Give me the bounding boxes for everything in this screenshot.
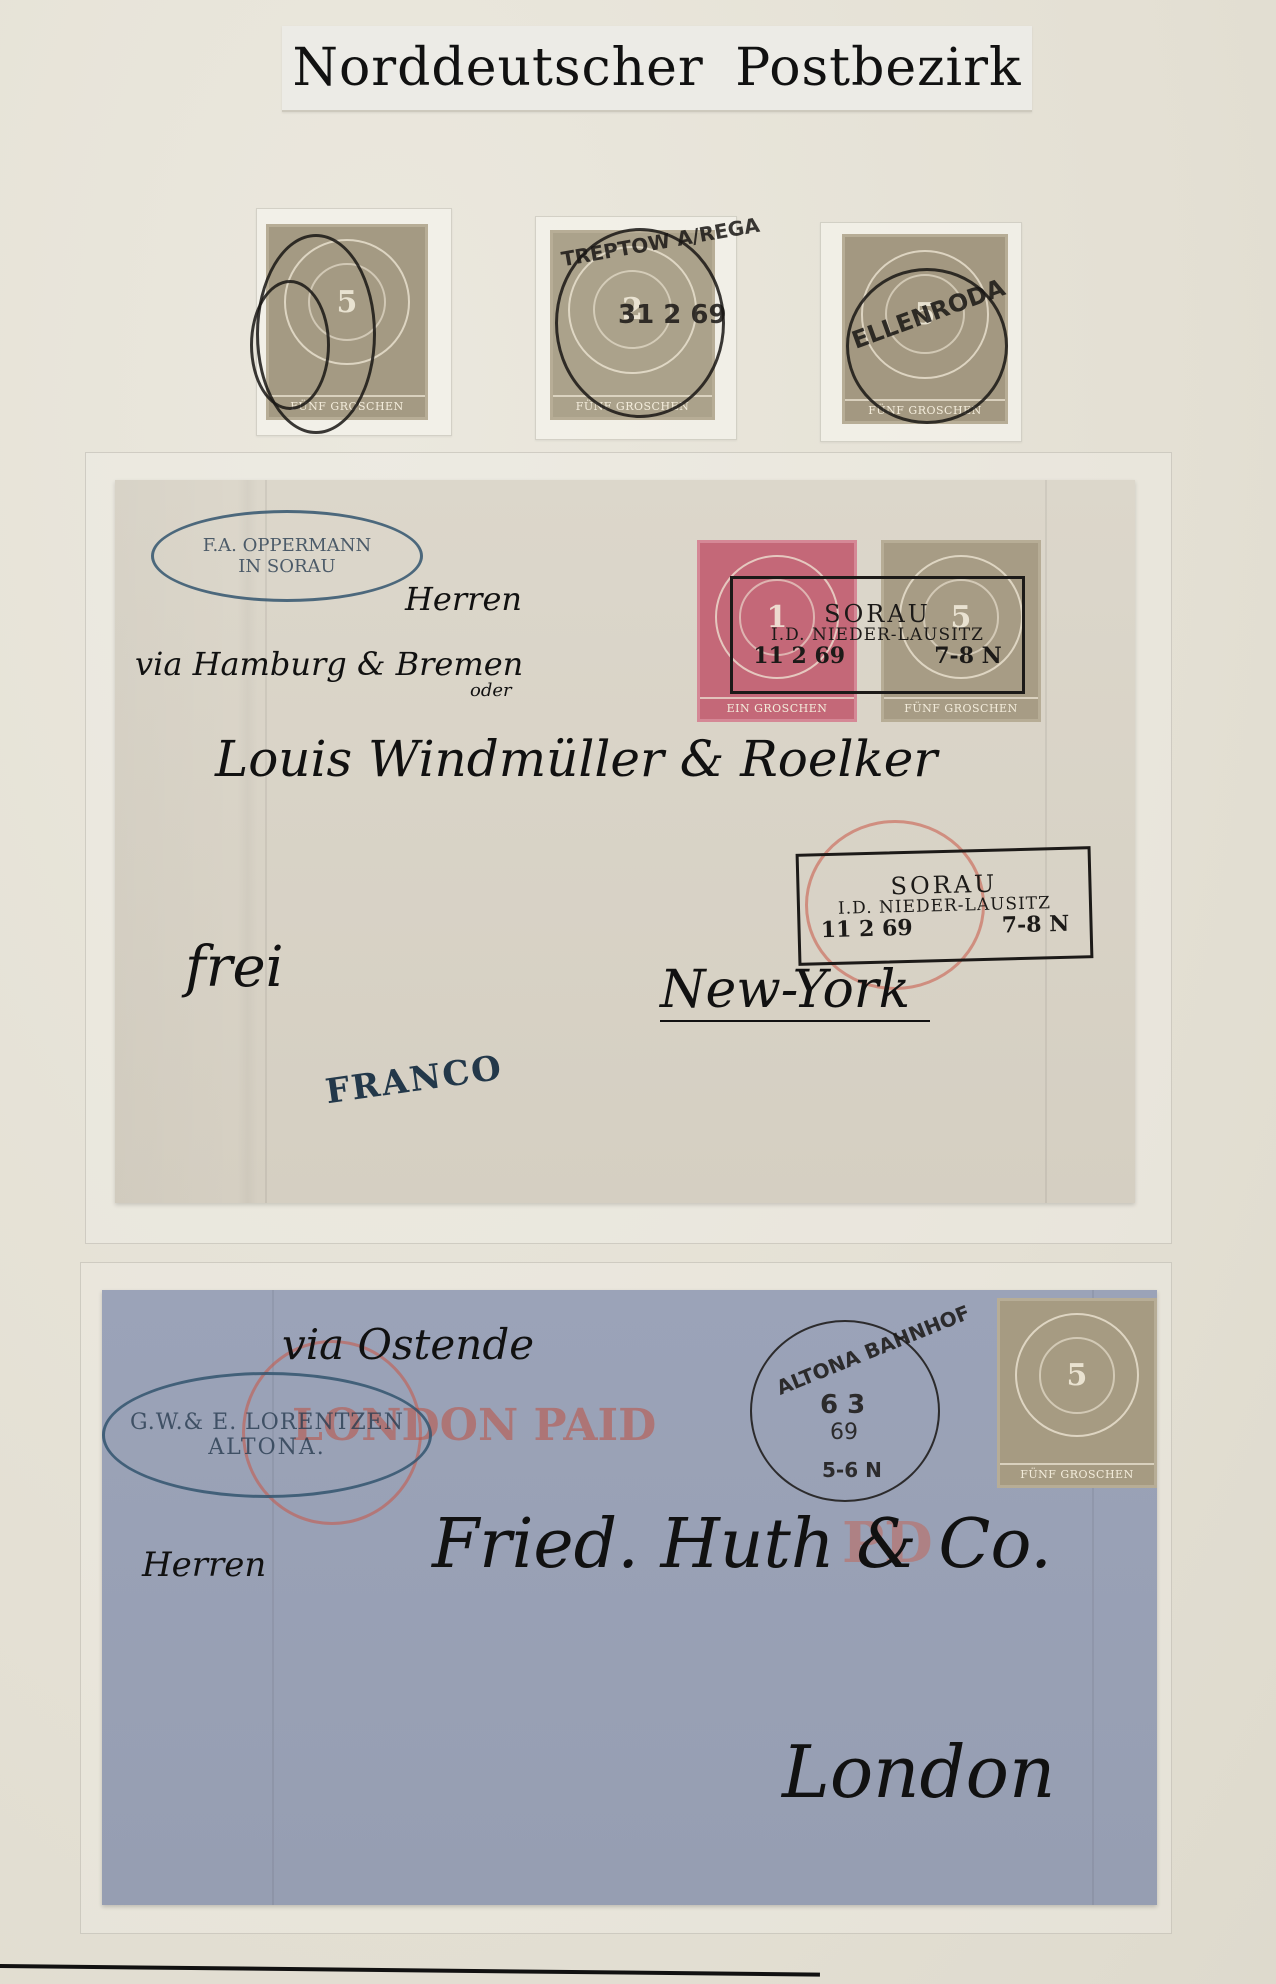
frei-note: frei (185, 935, 284, 1000)
postmark-year: 69 (830, 1420, 858, 1445)
salutation: Herren (405, 580, 522, 618)
album-page-title-label: Norddeutscher Postbezirk (282, 26, 1032, 112)
postmark-date: 6 3 (820, 1390, 865, 1420)
cover-2-letter: LONDON PAID G.W.& E. LORENTZEN ALTONA. v… (102, 1290, 1157, 1905)
sender-oval-stamp: G.W.& E. LORENTZEN ALTONA. (102, 1372, 432, 1498)
addressee: Fried. Huth & Co. (432, 1505, 1052, 1584)
cover-2-stamp: 5 FÜNF GROSCHEN (997, 1298, 1157, 1488)
postmark-time: 5-6 N (822, 1458, 882, 1482)
cancel-date: 31 2 69 (618, 300, 727, 330)
page-title: Norddeutscher Postbezirk (292, 38, 1021, 98)
franco-mark: FRANCO (323, 1048, 505, 1112)
route-note: via Hamburg & Bremen (135, 645, 523, 683)
salutation: Herren (142, 1545, 266, 1585)
destination: London (782, 1730, 1055, 1814)
cover-1-letter: F.A. OPPERMANN IN SORAU Herren via Hambu… (115, 480, 1135, 1203)
route-note: via Ostende (282, 1320, 534, 1369)
sorau-postmark: SORAU I.D. NIEDER-LAUSITZ 11 2 697-8 N (796, 846, 1094, 966)
destination: New-York (660, 960, 930, 1022)
cancel-ring-inner (250, 280, 330, 410)
sender-oval-stamp: F.A. OPPERMANN IN SORAU (151, 510, 423, 602)
sorau-postmark-on-stamps: SORAU I.D. NIEDER-LAUSITZ 11 2 697-8 N (730, 576, 1025, 694)
page-edge-line (0, 1964, 820, 1977)
route-note-sub: oder (470, 680, 512, 701)
addressee: Louis Windmüller & Roelker (215, 730, 937, 788)
